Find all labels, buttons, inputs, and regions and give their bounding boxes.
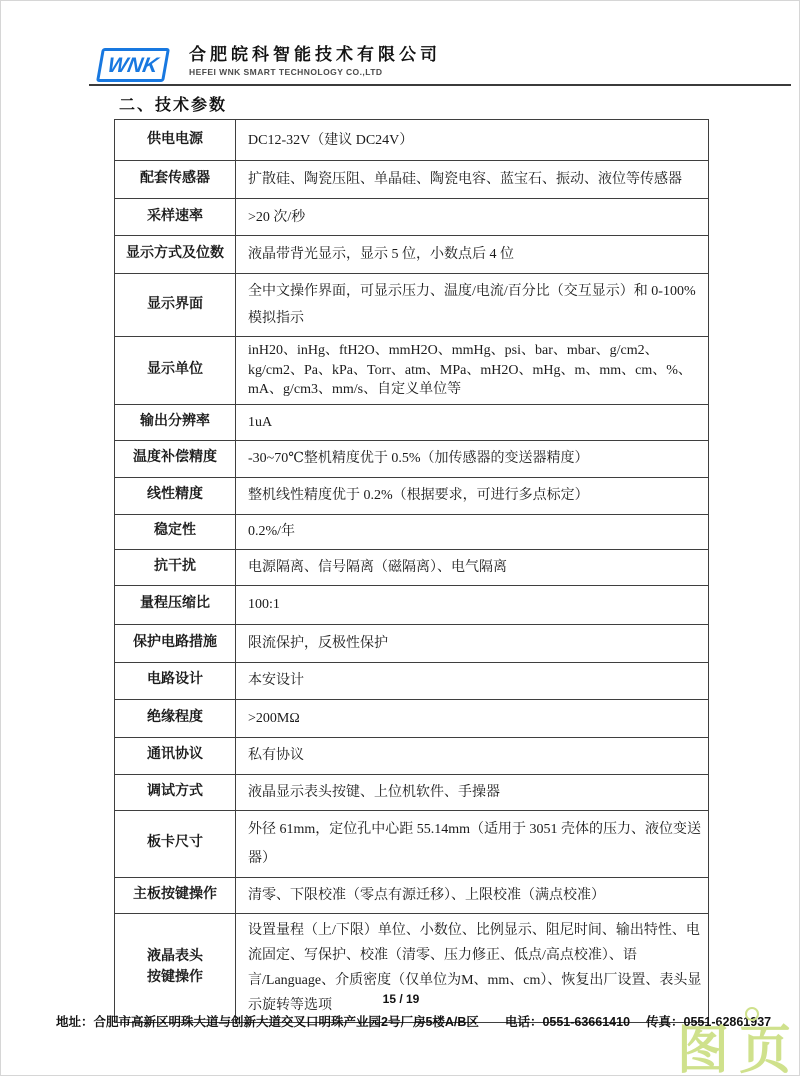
param-label: 保护电路措施 — [115, 625, 236, 662]
param-value: 本安设计 — [236, 663, 708, 699]
footer-contact: 地址：合肥市高新区明珠大道与创新大道交叉口明珠产业园2号厂房5楼A/B区 电话：… — [56, 1012, 776, 1030]
table-row: 输出分辨率 1uA — [115, 405, 708, 441]
param-value: 1uA — [236, 405, 708, 440]
wnk-logo-icon: WNK — [96, 48, 170, 82]
param-value: 外径 61mm，定位孔中心距 55.14mm（适用于 3051 壳体的压力、液位… — [236, 811, 708, 877]
section-title: 二、技术参数 — [119, 92, 227, 115]
param-label: 配套传感器 — [115, 161, 236, 198]
footer-phone: 电话：0551-63661410 — [505, 1012, 630, 1030]
param-value: 电源隔离、信号隔离（磁隔离）、电气隔离 — [236, 550, 708, 585]
footer-address: 地址：合肥市高新区明珠大道与创新大道交叉口明珠产业园2号厂房5楼A/B区 — [56, 1012, 479, 1030]
header: WNK 合肥皖科智能技术有限公司 HEFEI WNK SMART TECHNOL… — [99, 45, 441, 82]
table-row: 采样速率 >20 次/秒 — [115, 199, 708, 236]
company-name-block: 合肥皖科智能技术有限公司 HEFEI WNK SMART TECHNOLOGY … — [189, 45, 441, 77]
table-row: 抗干扰 电源隔离、信号隔离（磁隔离）、电气隔离 — [115, 550, 708, 586]
watermark-text: 图页网 — [677, 1025, 800, 1076]
param-label: 输出分辨率 — [115, 405, 236, 440]
table-row: 电路设计 本安设计 — [115, 663, 708, 700]
page-number: 15 / 19 — [1, 992, 800, 1006]
param-label: 采样速率 — [115, 199, 236, 235]
table-row: 显示界面 全中文操作界面，可显示压力、温度/电流/百分比（交互显示）和 0-10… — [115, 274, 708, 337]
table-row: 主板按键操作 清零、下限校准（零点有源迁移）、上限校准（满点校准） — [115, 878, 708, 914]
table-row: 通讯协议 私有协议 — [115, 738, 708, 775]
table-row: 显示方式及位数 液晶带背光显示，显示 5 位，小数点后 4 位 — [115, 236, 708, 274]
watermark-registered-icon — [745, 1007, 759, 1021]
param-label: 显示界面 — [115, 274, 236, 336]
param-label: 主板按键操作 — [115, 878, 236, 913]
table-row: 保护电路措施 限流保护，反极性保护 — [115, 625, 708, 663]
param-value: >200MΩ — [236, 700, 708, 737]
param-value: 扩散硅、陶瓷压阻、单晶硅、陶瓷电容、蓝宝石、振动、液位等传感器 — [236, 161, 708, 198]
table-row: 量程压缩比 100:1 — [115, 586, 708, 625]
param-value: 100:1 — [236, 586, 708, 624]
param-value: 0.2%/年 — [236, 515, 708, 549]
param-label: 线性精度 — [115, 478, 236, 514]
document-page: WNK 合肥皖科智能技术有限公司 HEFEI WNK SMART TECHNOL… — [0, 0, 800, 1076]
param-label: 量程压缩比 — [115, 586, 236, 624]
param-label: 供电电源 — [115, 120, 236, 160]
param-label: 板卡尺寸 — [115, 811, 236, 877]
param-value: 全中文操作界面，可显示压力、温度/电流/百分比（交互显示）和 0-100% 模拟… — [236, 274, 708, 336]
table-row: 配套传感器 扩散硅、陶瓷压阻、单晶硅、陶瓷电容、蓝宝石、振动、液位等传感器 — [115, 161, 708, 199]
param-label: 电路设计 — [115, 663, 236, 699]
table-row: 温度补偿精度 -30~70℃整机精度优于 0.5%（加传感器的变送器精度） — [115, 441, 708, 478]
table-row: 绝缘程度 >200MΩ — [115, 700, 708, 738]
param-value: 液晶带背光显示，显示 5 位，小数点后 4 位 — [236, 236, 708, 273]
wnk-logo-text: WNK — [106, 55, 160, 76]
param-label: 绝缘程度 — [115, 700, 236, 737]
spec-table: 供电电源 DC12-32V（建议 DC24V） 配套传感器 扩散硅、陶瓷压阻、单… — [114, 119, 709, 1023]
table-row: 稳定性 0.2%/年 — [115, 515, 708, 550]
company-name-cn: 合肥皖科智能技术有限公司 — [189, 45, 441, 65]
param-label: 温度补偿精度 — [115, 441, 236, 477]
param-value: 私有协议 — [236, 738, 708, 774]
company-name-en: HEFEI WNK SMART TECHNOLOGY CO.,LTD — [189, 67, 441, 77]
param-label: 显示单位 — [115, 337, 236, 404]
param-label: 通讯协议 — [115, 738, 236, 774]
table-row: 显示单位 inH20、inHg、ftH2O、mmH2O、mmHg、psi、bar… — [115, 337, 708, 405]
table-row: 板卡尺寸 外径 61mm，定位孔中心距 55.14mm（适用于 3051 壳体的… — [115, 811, 708, 878]
param-value: 限流保护，反极性保护 — [236, 625, 708, 662]
param-value: -30~70℃整机精度优于 0.5%（加传感器的变送器精度） — [236, 441, 708, 477]
table-row: 线性精度 整机线性精度优于 0.2%（根据要求，可进行多点标定） — [115, 478, 708, 515]
param-label: 调试方式 — [115, 775, 236, 810]
table-row: 供电电源 DC12-32V（建议 DC24V） — [115, 120, 708, 161]
param-label: 稳定性 — [115, 515, 236, 549]
param-value: 液晶显示表头按键、上位机软件、手操器 — [236, 775, 708, 810]
table-row: 调试方式 液晶显示表头按键、上位机软件、手操器 — [115, 775, 708, 811]
param-value: >20 次/秒 — [236, 199, 708, 235]
param-value: DC12-32V（建议 DC24V） — [236, 120, 708, 160]
param-value: inH20、inHg、ftH2O、mmH2O、mmHg、psi、bar、mbar… — [236, 337, 708, 404]
param-value: 清零、下限校准（零点有源迁移）、上限校准（满点校准） — [236, 878, 708, 913]
header-divider — [89, 84, 791, 86]
param-label: 显示方式及位数 — [115, 236, 236, 273]
param-label: 抗干扰 — [115, 550, 236, 585]
param-value: 整机线性精度优于 0.2%（根据要求，可进行多点标定） — [236, 478, 708, 514]
